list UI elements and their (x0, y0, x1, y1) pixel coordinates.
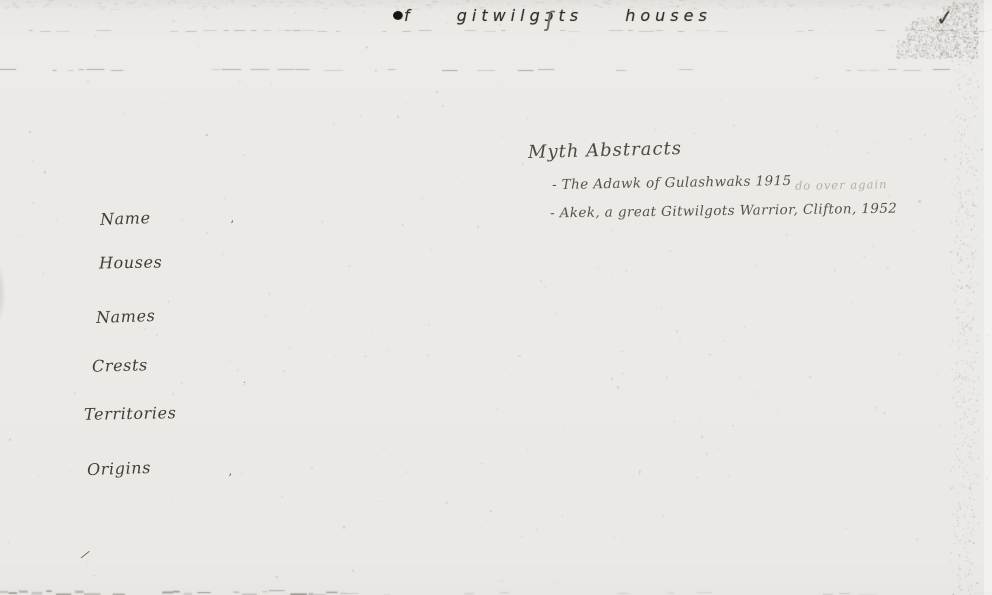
scan-edge-shadow (0, 258, 6, 328)
scanned-page: f gitwilgɔts houses ʃ ✓ Myth Abstracts -… (0, 0, 992, 595)
page-title: f gitwilgɔts houses (404, 6, 712, 25)
stray-ink-mark: · (243, 378, 246, 389)
list-item-names: Names (96, 306, 156, 327)
list-item-origins: Origins (87, 458, 152, 479)
list-item-territories: Territories (84, 403, 177, 424)
stray-ink-mark: ʼ (230, 219, 234, 232)
stray-ink-mark: ʼ (228, 472, 232, 485)
pencil-annotation: do over again (795, 177, 888, 193)
myth-abstracts-heading: Myth Abstracts (528, 138, 683, 163)
ink-blot-icon (393, 11, 403, 20)
list-item-name: Name (100, 208, 151, 229)
photocopy-noise-texture (0, 0, 992, 595)
list-item-houses: Houses (99, 252, 163, 272)
checkmark-icon: ✓ (935, 5, 954, 31)
list-item-crests: Crests (92, 355, 148, 375)
